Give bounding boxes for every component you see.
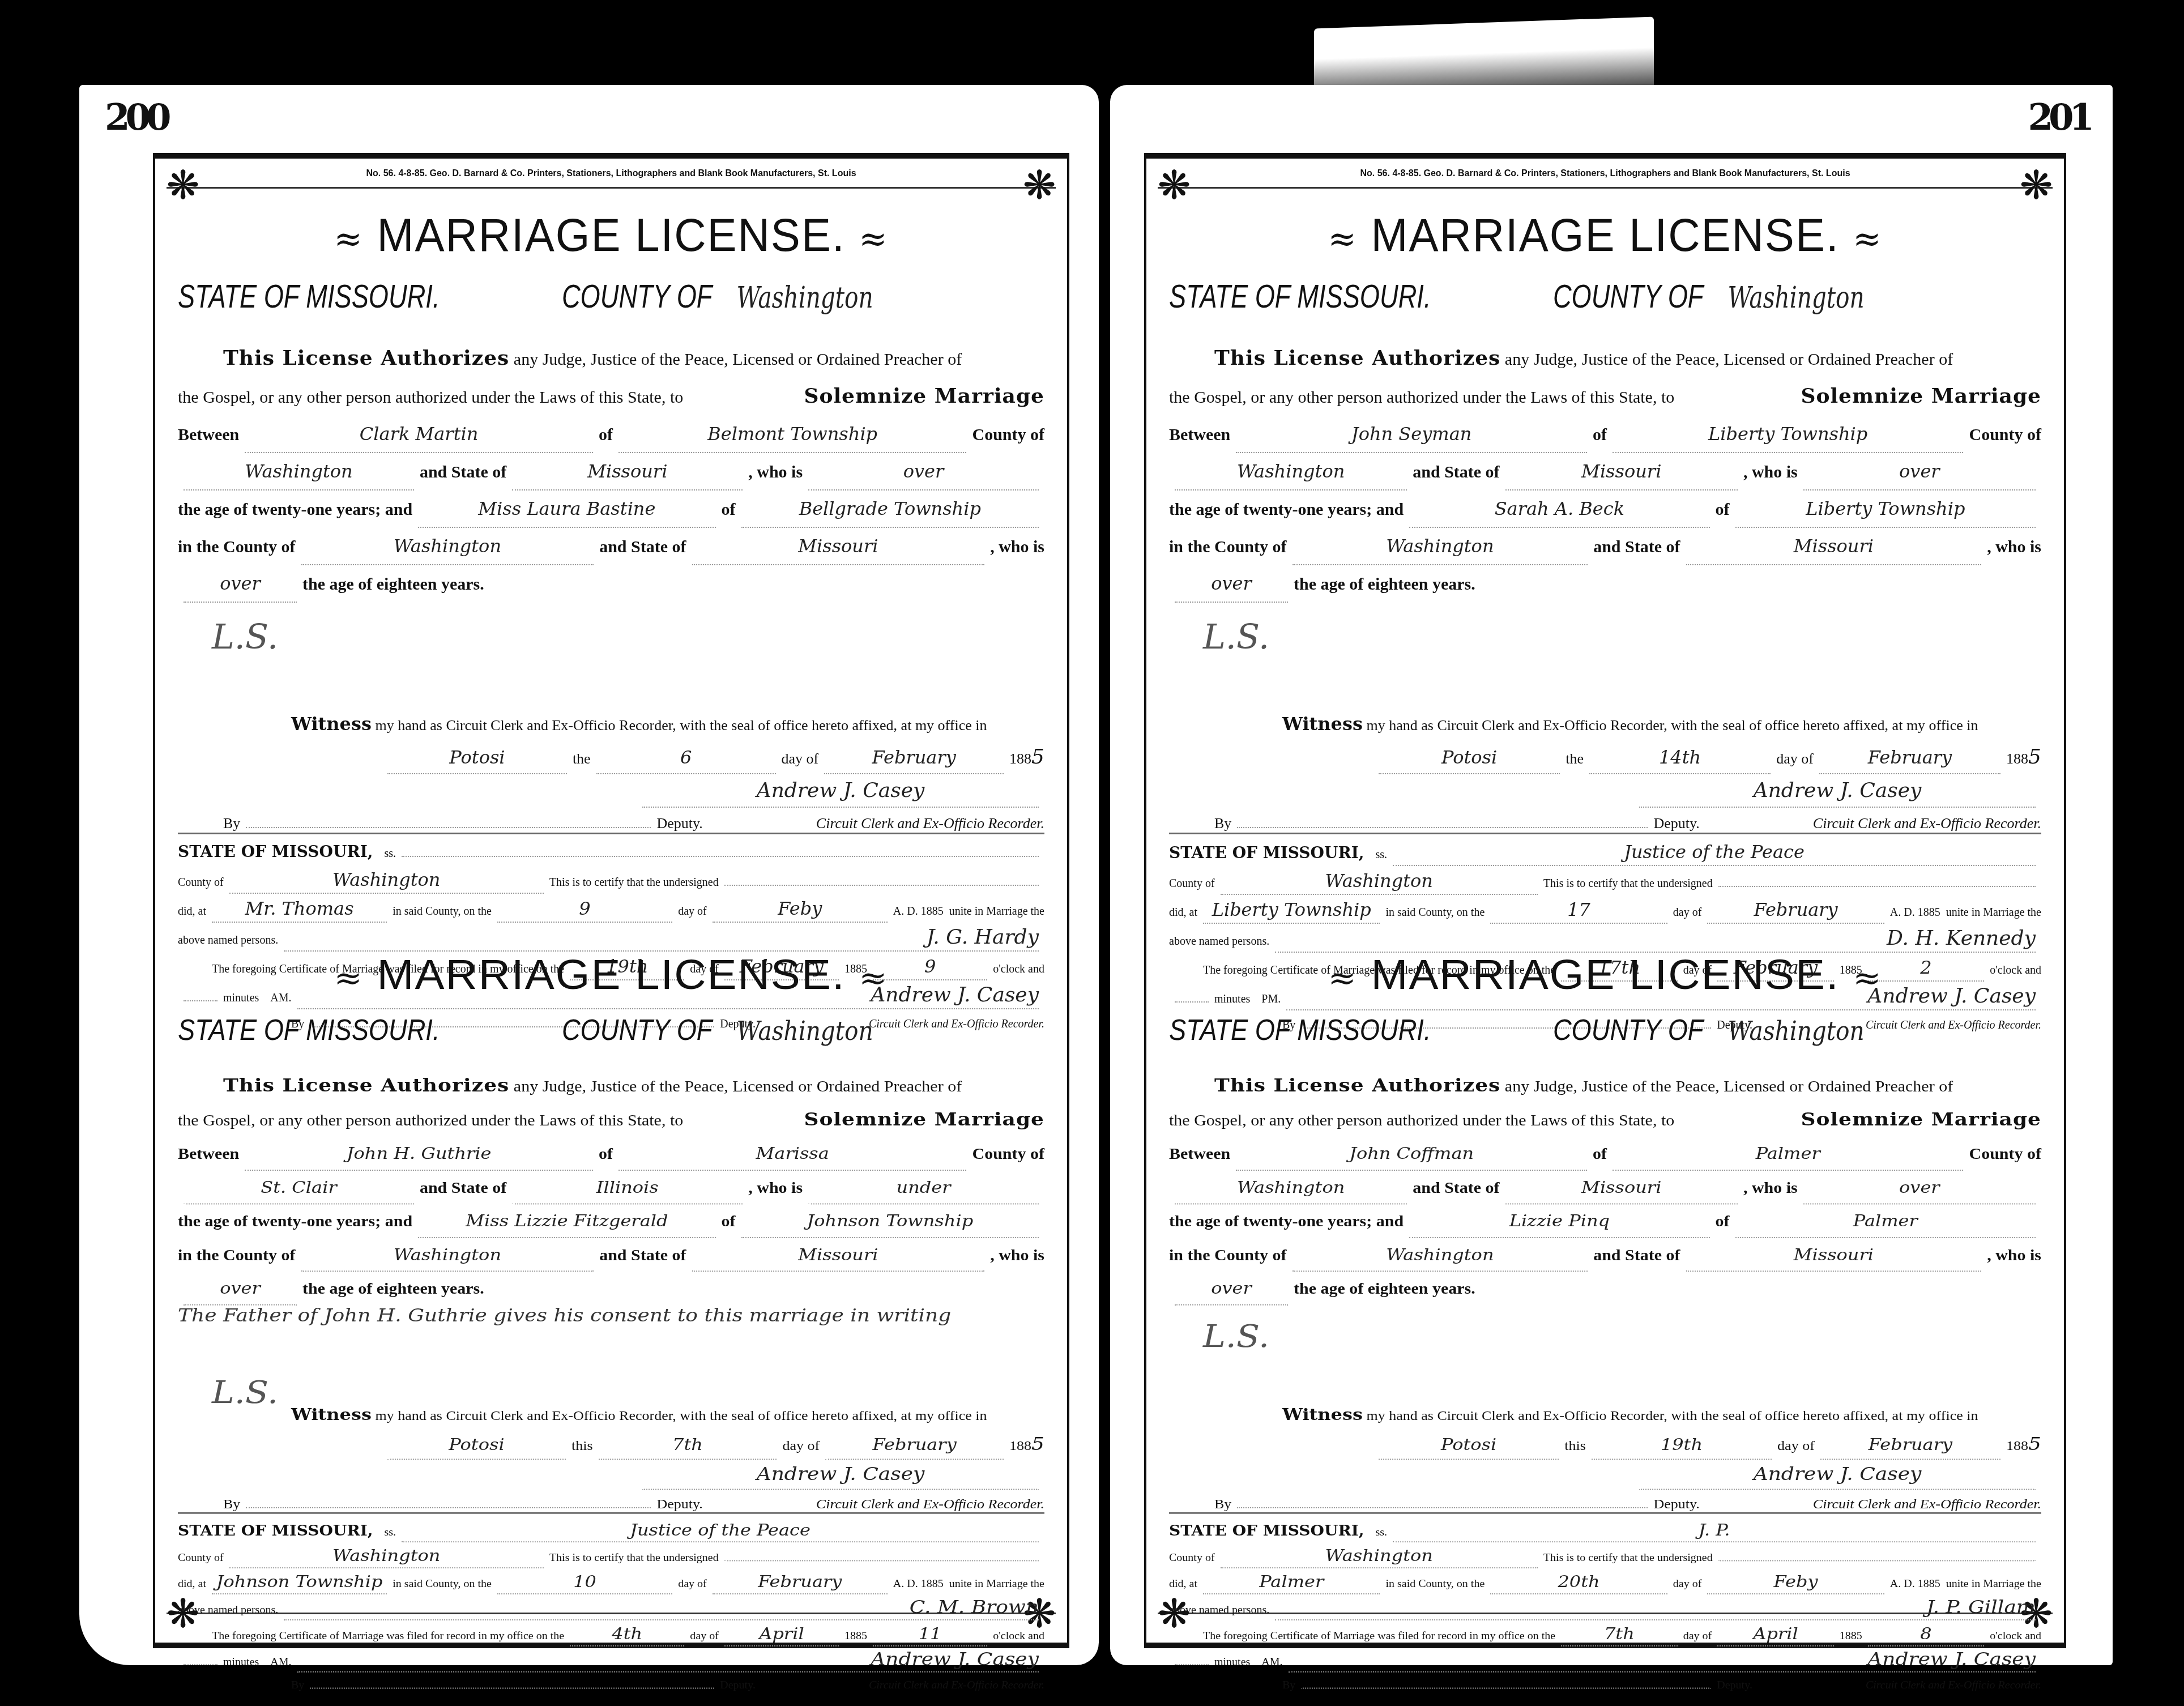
bride-age: over bbox=[1175, 1272, 1288, 1305]
groom-state: Missouri bbox=[1505, 453, 1738, 491]
filing-clerk-signature: Andrew J. Casey bbox=[1289, 1648, 2036, 1672]
bride-state: Missouri bbox=[1686, 1238, 1982, 1272]
groom-state: Missouri bbox=[1505, 1171, 1738, 1204]
bride-state: Missouri bbox=[692, 528, 985, 565]
groom-residence: Liberty Township bbox=[1613, 416, 1964, 453]
printer-imprint: No. 56. 4-8-85. Geo. D. Barnard & Co. Pr… bbox=[155, 169, 1067, 179]
groom-county: St. Clair bbox=[184, 1171, 414, 1204]
seal-mark: L.S. bbox=[1203, 1319, 1269, 1354]
officiant-role bbox=[402, 856, 1039, 857]
clerk-signature: Andrew J. Casey bbox=[642, 775, 1039, 808]
corner-ornament-icon: ❋ bbox=[1149, 161, 1200, 212]
state-county-line: STATE OF MISSOURI. COUNTY OF Washington bbox=[178, 1013, 854, 1047]
issued-month: February bbox=[824, 741, 1004, 774]
bride-name: Sarah A. Beck bbox=[1409, 491, 1709, 528]
marriage-license: ≈ MARRIAGE LICENSE. ≈ STATE OF MISSOURI.… bbox=[155, 952, 1067, 1640]
groom-county: Washington bbox=[1175, 1171, 1407, 1204]
bride-name: Miss Lizzie Fitzgerald bbox=[418, 1204, 715, 1238]
bride-residence: Johnson Township bbox=[741, 1204, 1039, 1238]
right-page: 201 No. 56. 4-8-85. Geo. D. Barnard & Co… bbox=[1110, 85, 2113, 1665]
marriage-certificate: STATE OF MISSOURI,ss.J. P. County ofWash… bbox=[1169, 1512, 2041, 1698]
filed-month: April bbox=[1717, 1622, 1834, 1647]
cert-place: Palmer bbox=[1203, 1570, 1380, 1594]
license-form: ❋❋ ≈ MARRIAGE LICENSE. ≈ STATE OF MISSOU… bbox=[1144, 952, 2066, 1648]
groom-county: Washington bbox=[184, 453, 414, 491]
bride-age: over bbox=[1175, 565, 1288, 603]
flourish-icon: ≈ bbox=[1328, 959, 1357, 997]
license-title: ≈ MARRIAGE LICENSE. ≈ bbox=[155, 208, 1067, 263]
officiant-signature: C. M. Brown bbox=[284, 1596, 1039, 1620]
groom-residence: Palmer bbox=[1613, 1137, 1964, 1171]
cert-day: 9 bbox=[497, 895, 672, 923]
groom-residence: Belmont Township bbox=[618, 416, 967, 453]
cert-county: Washington bbox=[229, 867, 544, 894]
officiant-signature: J. P. Gillam bbox=[1275, 1596, 2036, 1620]
issued-place: Potosi bbox=[1379, 1430, 1559, 1460]
marriage-license: ≈ MARRIAGE LICENSE. ≈ STATE OF MISSOURI.… bbox=[1146, 952, 2064, 1640]
authorization-text: This License Authorizes any Judge, Justi… bbox=[178, 340, 1044, 603]
issued-month: February bbox=[825, 1430, 1004, 1460]
bride-state: Missouri bbox=[692, 1238, 985, 1272]
cert-month: February bbox=[713, 1570, 888, 1594]
groom-name: John Coffman bbox=[1236, 1137, 1587, 1171]
consent-note: The Father of John H. Guthrie gives his … bbox=[178, 1298, 1044, 1334]
cert-day: 17 bbox=[1490, 897, 1667, 924]
cert-month: Feby bbox=[713, 895, 888, 923]
bride-county: Washington bbox=[301, 1238, 594, 1272]
license-form: No. 56. 4-8-85. Geo. D. Barnard & Co. Pr… bbox=[153, 153, 1069, 957]
authorization-text: This License Authorizes any Judge, Justi… bbox=[178, 1069, 1044, 1306]
corner-ornament-icon: ❋ bbox=[157, 161, 208, 212]
issued-place: Potosi bbox=[387, 741, 567, 774]
groom-age: under bbox=[808, 1171, 1039, 1204]
left-page: 200 No. 56. 4-8-85. Geo. D. Barnard & Co… bbox=[79, 85, 1099, 1665]
bride-residence: Liberty Township bbox=[1735, 491, 2036, 528]
license-title: ≈ MARRIAGE LICENSE. ≈ bbox=[1146, 950, 2064, 999]
bride-county: Washington bbox=[301, 528, 594, 565]
officiant-role: J. P. bbox=[1393, 1518, 2036, 1542]
cert-place: Mr. Thomas bbox=[212, 895, 387, 923]
border-rule bbox=[167, 187, 1056, 189]
witness-section: Witness my hand as Circuit Clerk and Ex-… bbox=[1169, 1400, 2041, 1519]
groom-age: over bbox=[1803, 453, 2036, 491]
bride-state: Missouri bbox=[1686, 528, 1982, 565]
book-gutter bbox=[1099, 91, 1110, 1665]
groom-name: John Seyman bbox=[1236, 416, 1587, 453]
cert-day: 20th bbox=[1490, 1570, 1667, 1594]
witness-section: Witness my hand as Circuit Clerk and Ex-… bbox=[1169, 708, 2041, 839]
clerk-signature: Andrew J. Casey bbox=[1639, 1460, 2036, 1490]
cert-month: February bbox=[1707, 897, 1884, 924]
deputy-line bbox=[246, 1507, 651, 1508]
flourish-icon: ≈ bbox=[334, 219, 363, 261]
witness-section: Witness my hand as Circuit Clerk and Ex-… bbox=[178, 1400, 1044, 1519]
filed-month: April bbox=[724, 1622, 839, 1647]
filing-clerk-signature: Andrew J. Casey bbox=[297, 1648, 1039, 1672]
filed-day: 4th bbox=[570, 1622, 684, 1647]
marriage-certificate: STATE OF MISSOURI,ss.Justice of the Peac… bbox=[178, 1512, 1044, 1698]
groom-name: John H. Guthrie bbox=[245, 1137, 593, 1171]
issued-place: Potosi bbox=[1379, 741, 1560, 774]
issued-day: 7th bbox=[599, 1430, 777, 1460]
page-number: 201 bbox=[2028, 96, 2090, 139]
authorization-text: This License Authorizes any Judge, Justi… bbox=[1169, 340, 2041, 603]
groom-state: Missouri bbox=[512, 453, 743, 491]
groom-name: Clark Martin bbox=[245, 416, 593, 453]
officiant-role: Justice of the Peace bbox=[1393, 839, 2036, 866]
county-value: Washington bbox=[736, 281, 873, 315]
cert-month: Feby bbox=[1707, 1570, 1884, 1594]
flourish-icon: ≈ bbox=[1853, 959, 1882, 997]
cert-county: Washington bbox=[229, 1544, 544, 1568]
deputy-line bbox=[1237, 827, 1648, 828]
bride-name: Lizzie Pinq bbox=[1409, 1204, 1709, 1238]
printer-imprint: No. 56. 4-8-85. Geo. D. Barnard & Co. Pr… bbox=[1146, 169, 2064, 179]
clerk-signature: Andrew J. Casey bbox=[1639, 775, 2036, 808]
witness-section: Witness my hand as Circuit Clerk and Ex-… bbox=[178, 708, 1044, 839]
issued-month: February bbox=[1819, 741, 2000, 774]
cert-place: Johnson Township bbox=[212, 1570, 387, 1594]
state-county-line: STATE OF MISSOURI. COUNTY OF Washington bbox=[1169, 1013, 1849, 1047]
flourish-icon: ≈ bbox=[859, 959, 888, 997]
officiant-role: Justice of the Peace bbox=[402, 1518, 1039, 1542]
license-form: ❋❋ ≈ MARRIAGE LICENSE. ≈ STATE OF MISSOU… bbox=[153, 952, 1069, 1648]
groom-county: Washington bbox=[1175, 453, 1407, 491]
cert-day: 10 bbox=[497, 1570, 672, 1594]
issued-day: 19th bbox=[1592, 1430, 1772, 1460]
bride-residence: Palmer bbox=[1735, 1204, 2036, 1238]
filed-day: 7th bbox=[1561, 1622, 1678, 1647]
groom-age: over bbox=[1803, 1171, 2036, 1204]
county-value: Washington bbox=[1727, 1016, 1864, 1046]
cert-county: Washington bbox=[1221, 1544, 1538, 1568]
groom-residence: Marissa bbox=[618, 1137, 967, 1171]
state-county-line: STATE OF MISSOURI. COUNTY OF Washington bbox=[178, 278, 854, 315]
issued-day: 6 bbox=[596, 741, 776, 774]
bride-county: Washington bbox=[1293, 528, 1588, 565]
bride-residence: Bellgrade Township bbox=[741, 491, 1039, 528]
flourish-icon: ≈ bbox=[1328, 219, 1357, 261]
groom-age: over bbox=[808, 453, 1039, 491]
flourish-icon: ≈ bbox=[1853, 219, 1882, 261]
county-value: Washington bbox=[1727, 281, 1864, 315]
bride-county: Washington bbox=[1293, 1238, 1588, 1272]
license-title: ≈ MARRIAGE LICENSE. ≈ bbox=[155, 950, 1067, 999]
license-form: No. 56. 4-8-85. Geo. D. Barnard & Co. Pr… bbox=[1144, 153, 2066, 957]
county-value: Washington bbox=[736, 1016, 873, 1046]
state-county-line: STATE OF MISSOURI. COUNTY OF Washington bbox=[1169, 278, 1849, 315]
bride-age: over bbox=[184, 565, 297, 603]
filed-hour: 11 bbox=[873, 1622, 987, 1647]
filed-hour: 8 bbox=[1868, 1622, 1985, 1647]
officiant-signature: D. H. Kennedy bbox=[1275, 925, 2036, 953]
page-number: 200 bbox=[105, 96, 167, 139]
issued-month: February bbox=[1820, 1430, 2000, 1460]
border-rule bbox=[1158, 187, 2053, 189]
seal-mark: L.S. bbox=[212, 617, 278, 657]
cert-place: Liberty Township bbox=[1203, 897, 1380, 924]
groom-state: Illinois bbox=[512, 1171, 743, 1204]
corner-ornament-icon: ❋ bbox=[2011, 161, 2062, 212]
seal-mark: L.S. bbox=[1203, 617, 1269, 657]
deputy-line bbox=[1237, 1507, 1648, 1508]
flourish-icon: ≈ bbox=[334, 959, 363, 997]
deputy-line bbox=[246, 827, 651, 828]
authorization-text: This License Authorizes any Judge, Justi… bbox=[1169, 1069, 2041, 1306]
issued-place: Potosi bbox=[387, 1430, 566, 1460]
flourish-icon: ≈ bbox=[859, 219, 888, 261]
clerk-signature: Andrew J. Casey bbox=[642, 1460, 1039, 1490]
bride-name: Miss Laura Bastine bbox=[418, 491, 715, 528]
officiant-signature: J. G. Hardy bbox=[284, 924, 1039, 952]
cert-county: Washington bbox=[1221, 868, 1538, 895]
issued-day: 14th bbox=[1589, 741, 1771, 774]
license-title: ≈ MARRIAGE LICENSE. ≈ bbox=[1146, 208, 2064, 263]
corner-ornament-icon: ❋ bbox=[1014, 161, 1065, 212]
